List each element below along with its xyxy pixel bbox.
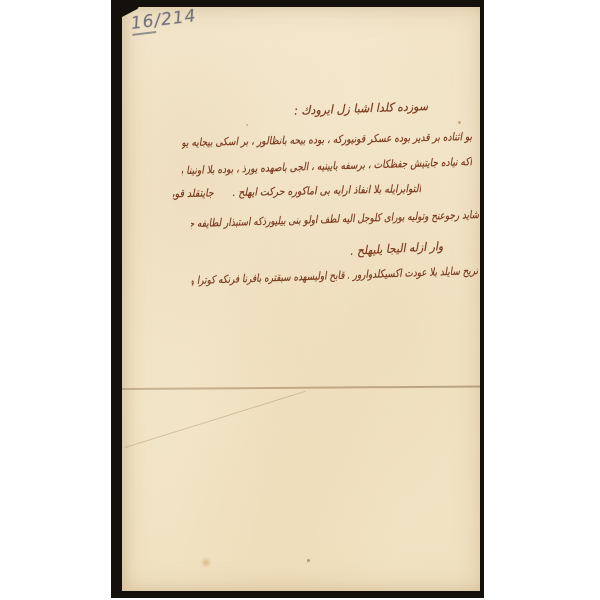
paper-speck-1	[307, 559, 310, 562]
photo-of-document: 16/214 سوزده كلدا اشبا زل ايرودك : بو اث…	[0, 0, 600, 600]
folio-number-underlined: 16	[130, 11, 156, 36]
paper-speck-3	[246, 124, 248, 126]
manuscript-paper	[122, 7, 480, 591]
water-stain	[200, 557, 212, 568]
paper-speck-2	[458, 121, 461, 124]
